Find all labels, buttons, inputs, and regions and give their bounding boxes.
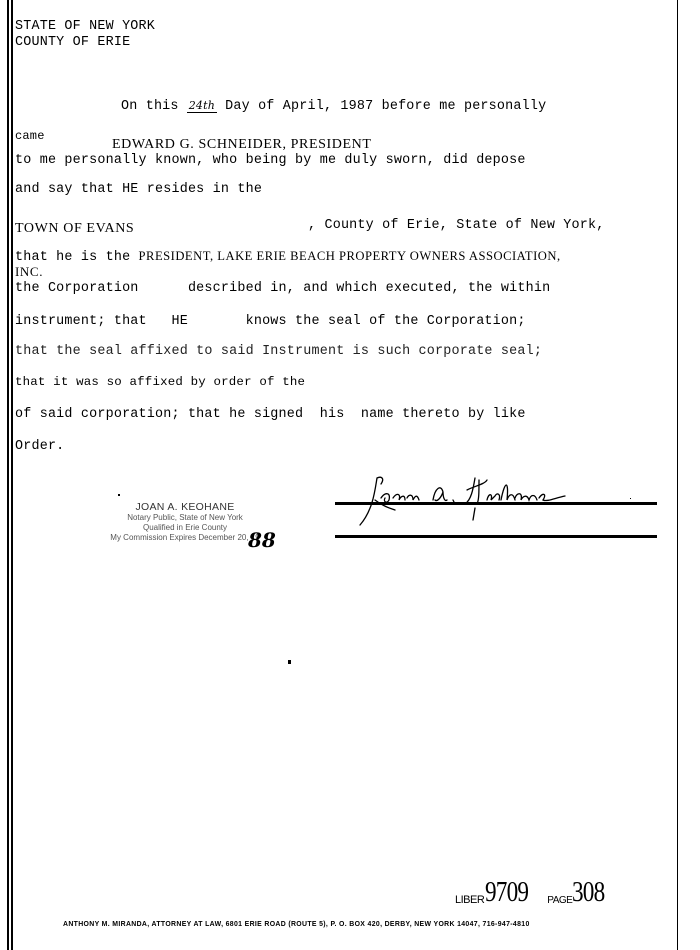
line-president: that he is the PRESIDENT, LAKE ERIE BEAC… [15,249,561,265]
line-order: Order. [15,439,64,454]
date-suffix: Day of April, 1987 before me personally [217,99,546,114]
page-number: 308 [572,876,604,909]
signature-icon [355,470,595,530]
scan-speck [630,498,631,499]
page-border-left-inner [11,0,13,950]
line-signed: of said corporation; that he signed his … [15,407,526,422]
page-border-right [677,0,678,950]
notary-title: Notary Public, State of New York [70,513,300,523]
attorney-footer: ANTHONY M. MIRANDA, ATTORNEY AT LAW, 680… [63,921,530,928]
liber-number: 9709 [485,876,533,909]
header-county: COUNTY OF ERIE [15,35,130,50]
person-name: EDWARD G. SCHNEIDER, PRESIDENT [112,137,372,153]
organization-name: PRESIDENT, LAKE ERIE BEACH PROPERTY OWNE… [139,249,561,263]
line-corporation: the Corporation described in, and which … [15,281,550,296]
line-resides: and say that HE resides in the [15,182,262,197]
notary-name: JOAN A. KEOHANE [70,502,300,513]
commission-year-handwritten: 88 [248,528,276,552]
organization-cont: INC. [15,264,43,280]
line-known: to me personally known, who being by me … [15,153,526,168]
notary-signature [355,470,595,530]
scan-speck [288,660,291,664]
residence-suffix: , County of Erie, State of New York, [308,218,605,233]
came-label: came [15,129,45,143]
scan-speck [118,494,120,496]
signature-line [335,502,657,505]
liber-label: LIBER [455,894,484,909]
handwritten-day: 24th [187,100,217,113]
acknowledgment-date-line: On this 24th Day of April, 1987 before m… [121,99,546,114]
page-label: PAGE [547,895,572,909]
page-border-left-outer [7,0,9,950]
president-prefix: that he is the [15,250,139,265]
line-instrument: instrument; that HE knows the seal of th… [15,314,526,329]
signature-line-2 [335,535,657,538]
recording-stamp: LIBER 9709 PAGE 308 [455,876,613,909]
date-prefix: On this [121,99,187,114]
residence: TOWN OF EVANS [15,221,134,237]
line-seal: that the seal affixed to said Instrument… [15,344,542,359]
header-state: STATE OF NEW YORK [15,19,155,34]
line-affixed: that it was so affixed by order of the [15,375,305,389]
